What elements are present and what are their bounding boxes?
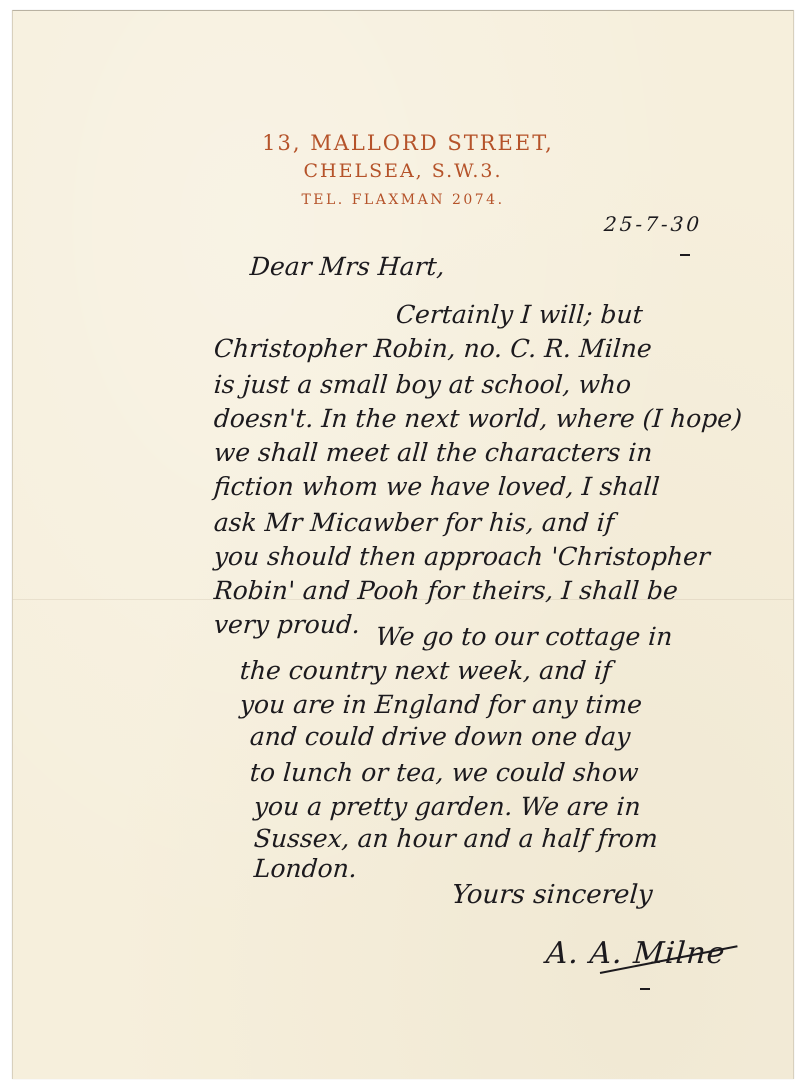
body-line: we shall meet all the characters in: [213, 438, 653, 467]
letterhead-telephone: TEL. FLAXMAN 2074.: [13, 185, 793, 215]
body-line: Certainly I will; but: [395, 300, 644, 329]
body-line: ask Mr Micawber for his, and if: [213, 508, 615, 537]
body-line: you should then approach 'Christopher: [213, 542, 711, 571]
body-line: doesn't. In the next world, where (I hop…: [213, 404, 743, 433]
body-line: Christopher Robin, no. C. R. Milne: [213, 334, 653, 363]
letterhead-street: 13, MALLORD STREET,: [23, 129, 793, 157]
body-line: Sussex, an hour and a half from: [253, 824, 659, 853]
body-line: We go to our cottage in: [375, 622, 673, 651]
letter-date: 25-7-30: [603, 212, 703, 236]
body-line: you are in England for any time: [239, 690, 643, 719]
body-line: fiction whom we have loved, I shall: [213, 472, 661, 501]
closing: Yours sincerely: [451, 880, 654, 910]
date-underline: [680, 254, 690, 256]
body-line: to lunch or tea, we could show: [249, 758, 640, 787]
salutation: Dear Mrs Hart,: [249, 252, 446, 281]
letterhead: 13, MALLORD STREET, CHELSEA, S.W.3. TEL.…: [13, 129, 793, 215]
body-line: is just a small boy at school, who: [213, 370, 632, 399]
body-line: London.: [253, 854, 358, 883]
body-line: the country next week, and if: [239, 656, 612, 685]
signature-dash: [640, 988, 650, 990]
body-line: very proud.: [213, 610, 361, 639]
body-line: and could drive down one day: [249, 722, 631, 751]
letterhead-district: CHELSEA, S.W.3.: [13, 157, 793, 185]
body-line: Robin' and Pooh for theirs, I shall be: [213, 576, 679, 605]
body-line: you a pretty garden. We are in: [253, 792, 642, 821]
